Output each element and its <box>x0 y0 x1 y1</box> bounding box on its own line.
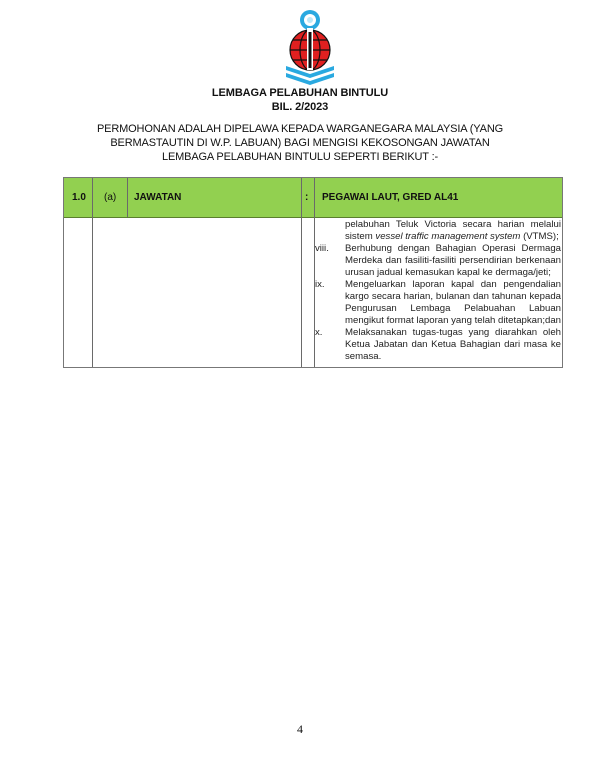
item-text: Mengeluarkan laporan kapal dan pengendal… <box>345 279 561 326</box>
organization-title: LEMBAGA PELABUHAN BINTULU <box>0 87 600 99</box>
field-label: JAWATAN <box>134 178 181 217</box>
list-item: x. Melaksanakan tugas-tugas yang diarahk… <box>315 327 561 363</box>
list-item: ix. Mengeluarkan laporan kapal dan penge… <box>315 279 561 327</box>
position-title: PEGAWAI LAUT, GRED AL41 <box>322 178 458 217</box>
list-item: viii. Berhubung dengan Bahagian Operasi … <box>315 243 561 279</box>
item-number: x. <box>315 327 339 339</box>
job-table: 1.0 (a) JAWATAN : PEGAWAI LAUT, GRED AL4… <box>63 177 563 368</box>
italic-term: vessel traffic management system <box>375 231 520 242</box>
column-divider <box>301 178 302 367</box>
column-divider <box>127 178 128 217</box>
subsection-label: (a) <box>104 178 116 217</box>
separator-colon: : <box>305 178 308 217</box>
duties-list: pelabuhan Teluk Victoria secara harian m… <box>315 219 561 363</box>
item-number: viii. <box>315 243 339 255</box>
column-divider <box>92 178 93 367</box>
port-authority-logo-icon <box>280 8 340 86</box>
page-number: 4 <box>0 722 600 737</box>
reference-number: BIL. 2/2023 <box>0 101 600 113</box>
item-text: Berhubung dengan Bahagian Operasi Dermag… <box>345 243 561 278</box>
item-number: ix. <box>315 279 339 291</box>
section-number: 1.0 <box>72 178 86 217</box>
list-item: pelabuhan Teluk Victoria secara harian m… <box>315 219 561 243</box>
intro-paragraph: PERMOHONAN ADALAH DIPELAWA KEPADA WARGAN… <box>90 122 510 164</box>
table-header-row: 1.0 (a) JAWATAN : PEGAWAI LAUT, GRED AL4… <box>64 178 562 218</box>
item-text: Melaksanakan tugas-tugas yang diarahkan … <box>345 327 561 362</box>
